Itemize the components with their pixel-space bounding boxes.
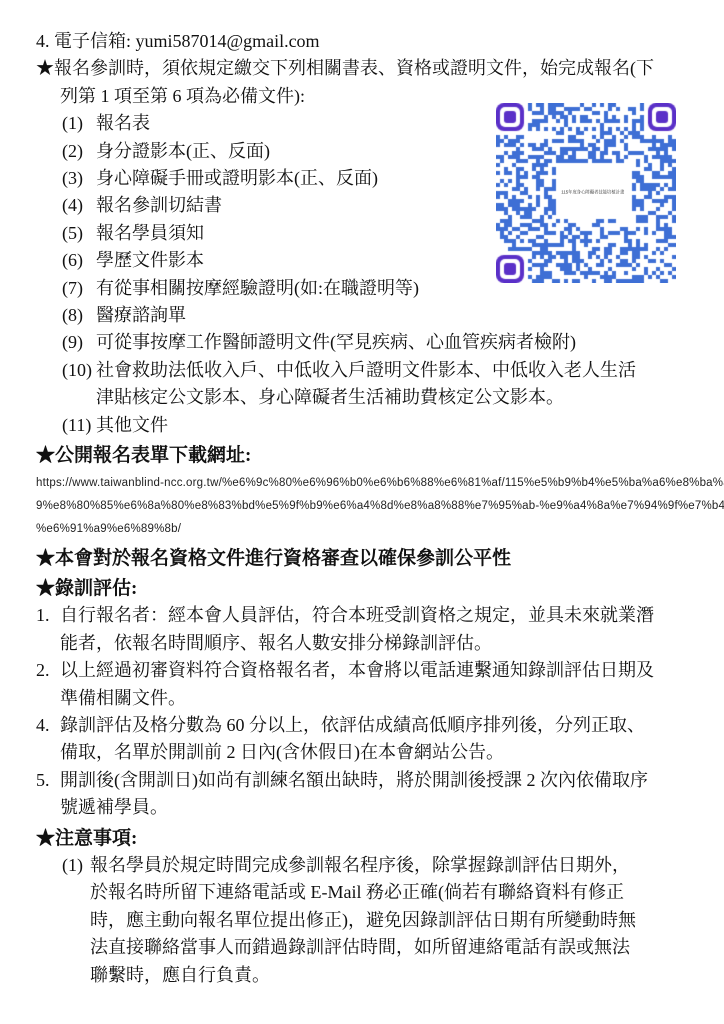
item-number: (1)	[62, 852, 90, 879]
item-number: (2)	[62, 138, 96, 165]
item-number: (8)	[62, 302, 96, 329]
download-url-header: ★公開報名表單下載網址:	[36, 442, 692, 469]
document-item-9: (9) 可從事按摩工作醫師證明文件(罕見疾病、心血管疾病者檢附)	[36, 329, 692, 356]
note-item-1-line3: 時，應主動向報名單位提出修正)，避免因錄訓評估日期有所變動時無	[36, 907, 692, 934]
item-text: 自行報名者：經本會人員評估，符合本班受訓資格之規定，並具未來就業潛	[60, 602, 654, 629]
item-number: (1)	[62, 110, 96, 137]
item-number: (7)	[62, 275, 96, 302]
item-text: 社會救助法低收入戶、中低收入戶證明文件影本、中低收入老人生活	[96, 357, 636, 384]
item-text: 身分證影本(正、反面)	[96, 138, 270, 165]
evaluation-item-1-continuation: 能者，依報名時間順序、報名人數安排分梯錄訓評估。	[36, 630, 692, 657]
evaluation-header: ★錄訓評估:	[36, 575, 692, 602]
item-text: 報名參訓切結書	[96, 192, 222, 219]
item-text: 有從事相關按摩經驗證明(如:在職證明等)	[96, 275, 419, 302]
note-item-1-line4: 法直接聯絡當事人而錯過錄訓評估時間，如所留連絡電話有誤或無法	[36, 934, 692, 961]
qr-caption: 115年度身心障礙者技能培植計畫	[561, 188, 624, 194]
item-number: (10)	[62, 357, 96, 384]
evaluation-item-2-continuation: 準備相關文件。	[36, 685, 692, 712]
item-number: (4)	[62, 192, 96, 219]
item-text: 錄訓評估及格分數為 60 分以上，依評估成績高低順序排列後，分列正取、	[60, 712, 645, 739]
document-item-8: (8) 醫療諮詢單	[36, 302, 692, 329]
notes-header: ★注意事項:	[36, 825, 692, 852]
item-number: 2.	[36, 657, 60, 684]
item-text: 報名表	[96, 110, 150, 137]
document-page: 4. 電子信箱: yumi587014@gmail.com ★報名參訓時，須依規…	[0, 0, 724, 1024]
url-line-2: 9%e8%80%85%e6%8a%80%e8%83%bd%e5%9f%b9%e6…	[36, 495, 692, 518]
note-item-1-line2: 於報名時所留下連絡電話或 E-Mail 務必正確(倘若有聯絡資料有修正	[36, 879, 692, 906]
item-number: (3)	[62, 165, 96, 192]
item-text: 開訓後(含開訓日)如尚有訓練名額出缺時，將於開訓後授課 2 次內依備取序	[60, 767, 648, 794]
item-number: 5.	[36, 767, 60, 794]
document-item-10-continuation: 津貼核定公文影本、身心障礙者生活補助費核定公文影本。	[36, 384, 692, 411]
note-item-1: (1) 報名學員於規定時間完成參訓報名程序後，除掌握錄訓評估日期外，	[36, 852, 692, 879]
fairness-note: ★本會對於報名資格文件進行資格審查以確保參訓公平性	[36, 545, 692, 572]
registration-qr-code: 115年度身心障礙者技能培植計畫	[496, 103, 676, 283]
item-text: 報名學員須知	[96, 220, 204, 247]
document-item-10: (10) 社會救助法低收入戶、中低收入戶證明文件影本、中低收入老人生活	[36, 357, 692, 384]
item-text: 報名學員於規定時間完成參訓報名程序後，除掌握錄訓評估日期外，	[90, 852, 630, 879]
evaluation-item-5: 5. 開訓後(含開訓日)如尚有訓練名額出缺時，將於開訓後授課 2 次內依備取序	[36, 767, 692, 794]
item-number: (6)	[62, 247, 96, 274]
note-item-1-line5: 聯繫時，應自行負責。	[36, 962, 692, 989]
item-text: 學歷文件影本	[96, 247, 204, 274]
item-text: 以上經過初審資料符合資格報名者，本會將以電話連繫通知錄訓評估日期及	[60, 657, 654, 684]
evaluation-item-4: 4. 錄訓評估及格分數為 60 分以上，依評估成績高低順序排列後，分列正取、	[36, 712, 692, 739]
item-number: (9)	[62, 329, 96, 356]
item-text: 可從事按摩工作醫師證明文件(罕見疾病、心血管疾病者檢附)	[96, 329, 576, 356]
item-number: 4.	[36, 712, 60, 739]
item-number: (5)	[62, 220, 96, 247]
email-line: 4. 電子信箱: yumi587014@gmail.com	[36, 28, 692, 55]
evaluation-item-2: 2. 以上經過初審資料符合資格報名者，本會將以電話連繫通知錄訓評估日期及	[36, 657, 692, 684]
item-text: 醫療諮詢單	[96, 302, 186, 329]
item-text: 其他文件	[96, 412, 168, 439]
download-url: https://www.taiwanblind-ncc.org.tw/%e6%9…	[36, 472, 692, 541]
qr-center-label-box: 115年度身心障礙者技能培植計畫	[557, 165, 629, 217]
url-line-3: %e6%91%a9%e6%89%8b/	[36, 518, 692, 541]
evaluation-item-5-continuation: 號遞補學員。	[36, 794, 692, 821]
evaluation-item-4-continuation: 備取，名單於開訓前 2 日內(含休假日)在本會網站公告。	[36, 739, 692, 766]
item-number: (11)	[62, 412, 96, 439]
document-item-11: (11) 其他文件	[36, 412, 692, 439]
url-line-1: https://www.taiwanblind-ncc.org.tw/%e6%9…	[36, 472, 692, 495]
requirements-header-line1: ★報名參訓時，須依規定繳交下列相關書表、資格或證明文件，始完成報名(下	[36, 55, 692, 82]
item-text: 身心障礙手冊或證明影本(正、反面)	[96, 165, 378, 192]
item-number: 1.	[36, 602, 60, 629]
evaluation-item-1: 1. 自行報名者：經本會人員評估，符合本班受訓資格之規定，並具未來就業潛	[36, 602, 692, 629]
